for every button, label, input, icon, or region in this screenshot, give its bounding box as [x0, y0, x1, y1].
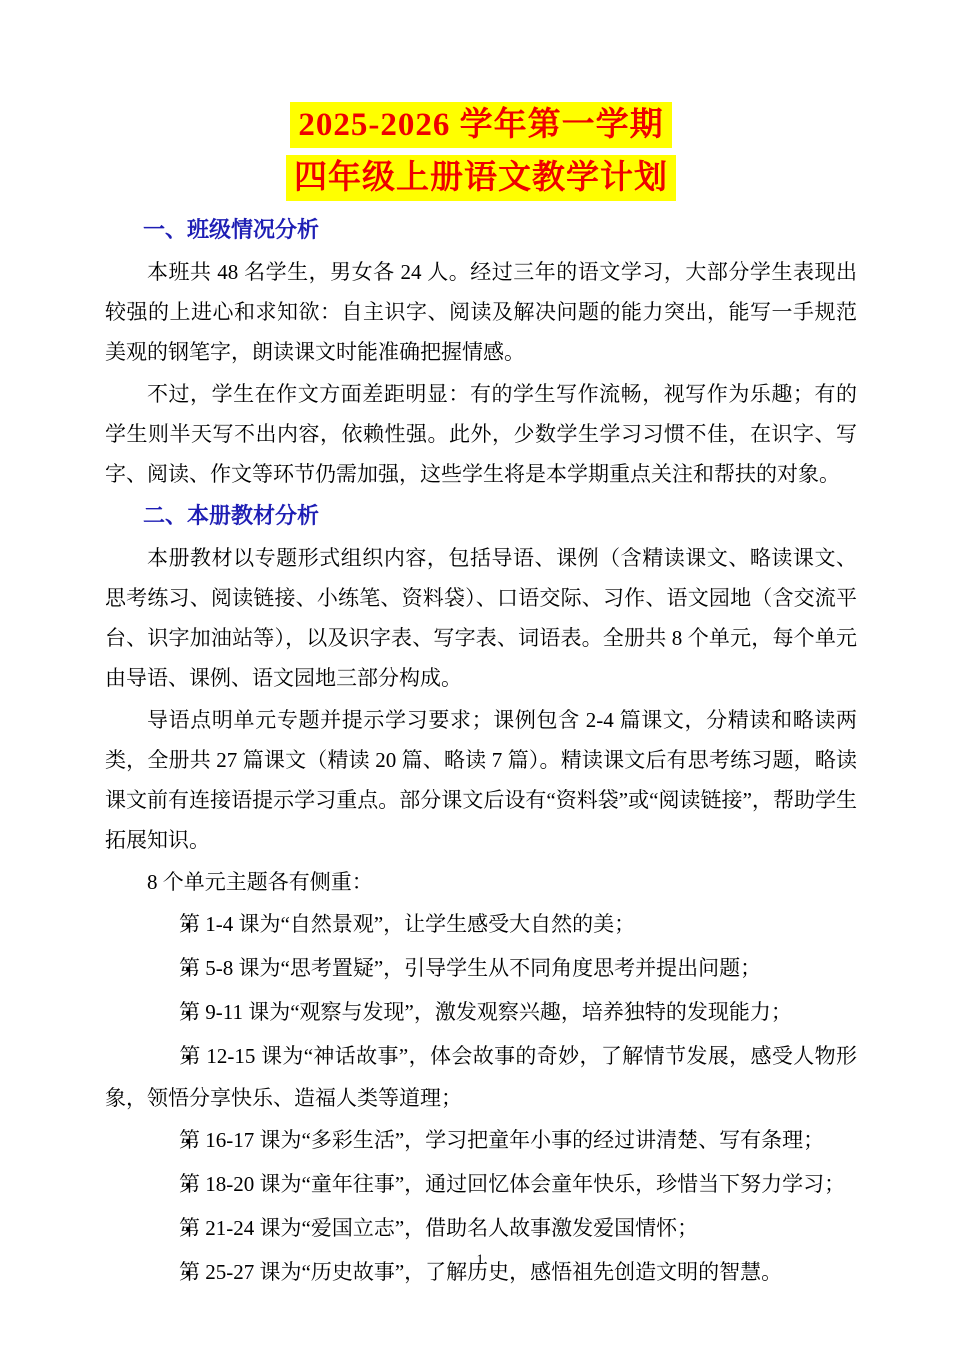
paragraph-textbook-lessons: 导语点明单元专题并提示学习要求；课例包含 2-4 篇课文，分精读和略读两类，全册…	[105, 700, 857, 860]
paragraph-unit-themes-intro: 8 个单元主题各有侧重：	[105, 862, 857, 902]
title-line-1-row: 2025-2026 学年第一学期	[105, 102, 857, 155]
list-item-unit-4: •第 12-15 课为“神话故事”，体会故事的奇妙，了解情节发展，感受人物形象，…	[105, 1036, 857, 1118]
paragraph-class-weaknesses: 不过，学生在作文方面差距明显：有的学生写作流畅，视写作为乐趣；有的学生则半天写不…	[105, 374, 857, 494]
title-line-2-row: 四年级上册语文教学计划	[105, 155, 857, 208]
document-page: 2025-2026 学年第一学期 四年级上册语文教学计划 一、班级情况分析 本班…	[0, 0, 960, 1358]
list-item-text: 第 5-8 课为“思考置疑”，引导学生从不同角度思考并提出问题；	[179, 956, 761, 980]
bullet-icon: •	[145, 1210, 179, 1250]
paragraph-textbook-structure: 本册教材以专题形式组织内容，包括导语、课例（含精读课文、略读课文、思考练习、阅读…	[105, 538, 857, 698]
section-heading-textbook-analysis: 二、本册教材分析	[105, 496, 857, 536]
list-item-text: 第 1-4 课为“自然景观”，让学生感受大自然的美；	[179, 912, 635, 936]
bullet-icon: •	[145, 950, 179, 990]
list-item-text: 第 12-15 课为“神话故事”，体会故事的奇妙，了解情节发展，感受人物形象，领…	[105, 1044, 857, 1110]
list-item-text: 第 16-17 课为“多彩生活”，学习把童年小事的经过讲清楚、写有条理；	[179, 1128, 824, 1152]
bullet-icon: •	[145, 1166, 179, 1206]
list-item-unit-7: •第 21-24 课为“爱国立志”，借助名人故事激发爱国情怀；	[105, 1208, 857, 1250]
title-line-2: 四年级上册语文教学计划	[286, 155, 676, 201]
list-item-unit-1: •第 1-4 课为“自然景观”，让学生感受大自然的美；	[105, 904, 857, 946]
bullet-icon: •	[145, 906, 179, 946]
section-heading-class-analysis: 一、班级情况分析	[105, 210, 857, 250]
bullet-icon: •	[145, 994, 179, 1034]
document-title: 2025-2026 学年第一学期 四年级上册语文教学计划	[105, 102, 857, 208]
page-number: 1	[0, 1252, 960, 1269]
bullet-icon: •	[145, 1038, 179, 1078]
list-item-unit-2: •第 5-8 课为“思考置疑”，引导学生从不同角度思考并提出问题；	[105, 948, 857, 990]
bullet-icon: •	[145, 1122, 179, 1162]
paragraph-class-overview: 本班共 48 名学生，男女各 24 人。经过三年的语文学习，大部分学生表现出较强…	[105, 252, 857, 372]
list-item-unit-6: •第 18-20 课为“童年往事”，通过回忆体会童年快乐，珍惜当下努力学习；	[105, 1164, 857, 1206]
list-item-unit-3: •第 9-11 课为“观察与发现”，激发观察兴趣，培养独特的发现能力；	[105, 992, 857, 1034]
list-item-text: 第 21-24 课为“爱国立志”，借助名人故事激发爱国情怀；	[179, 1216, 698, 1240]
title-line-1: 2025-2026 学年第一学期	[290, 102, 671, 148]
list-item-unit-5: •第 16-17 课为“多彩生活”，学习把童年小事的经过讲清楚、写有条理；	[105, 1120, 857, 1162]
list-item-text: 第 18-20 课为“童年往事”，通过回忆体会童年快乐，珍惜当下努力学习；	[179, 1172, 845, 1196]
list-item-text: 第 9-11 课为“观察与发现”，激发观察兴趣，培养独特的发现能力；	[179, 1000, 792, 1024]
